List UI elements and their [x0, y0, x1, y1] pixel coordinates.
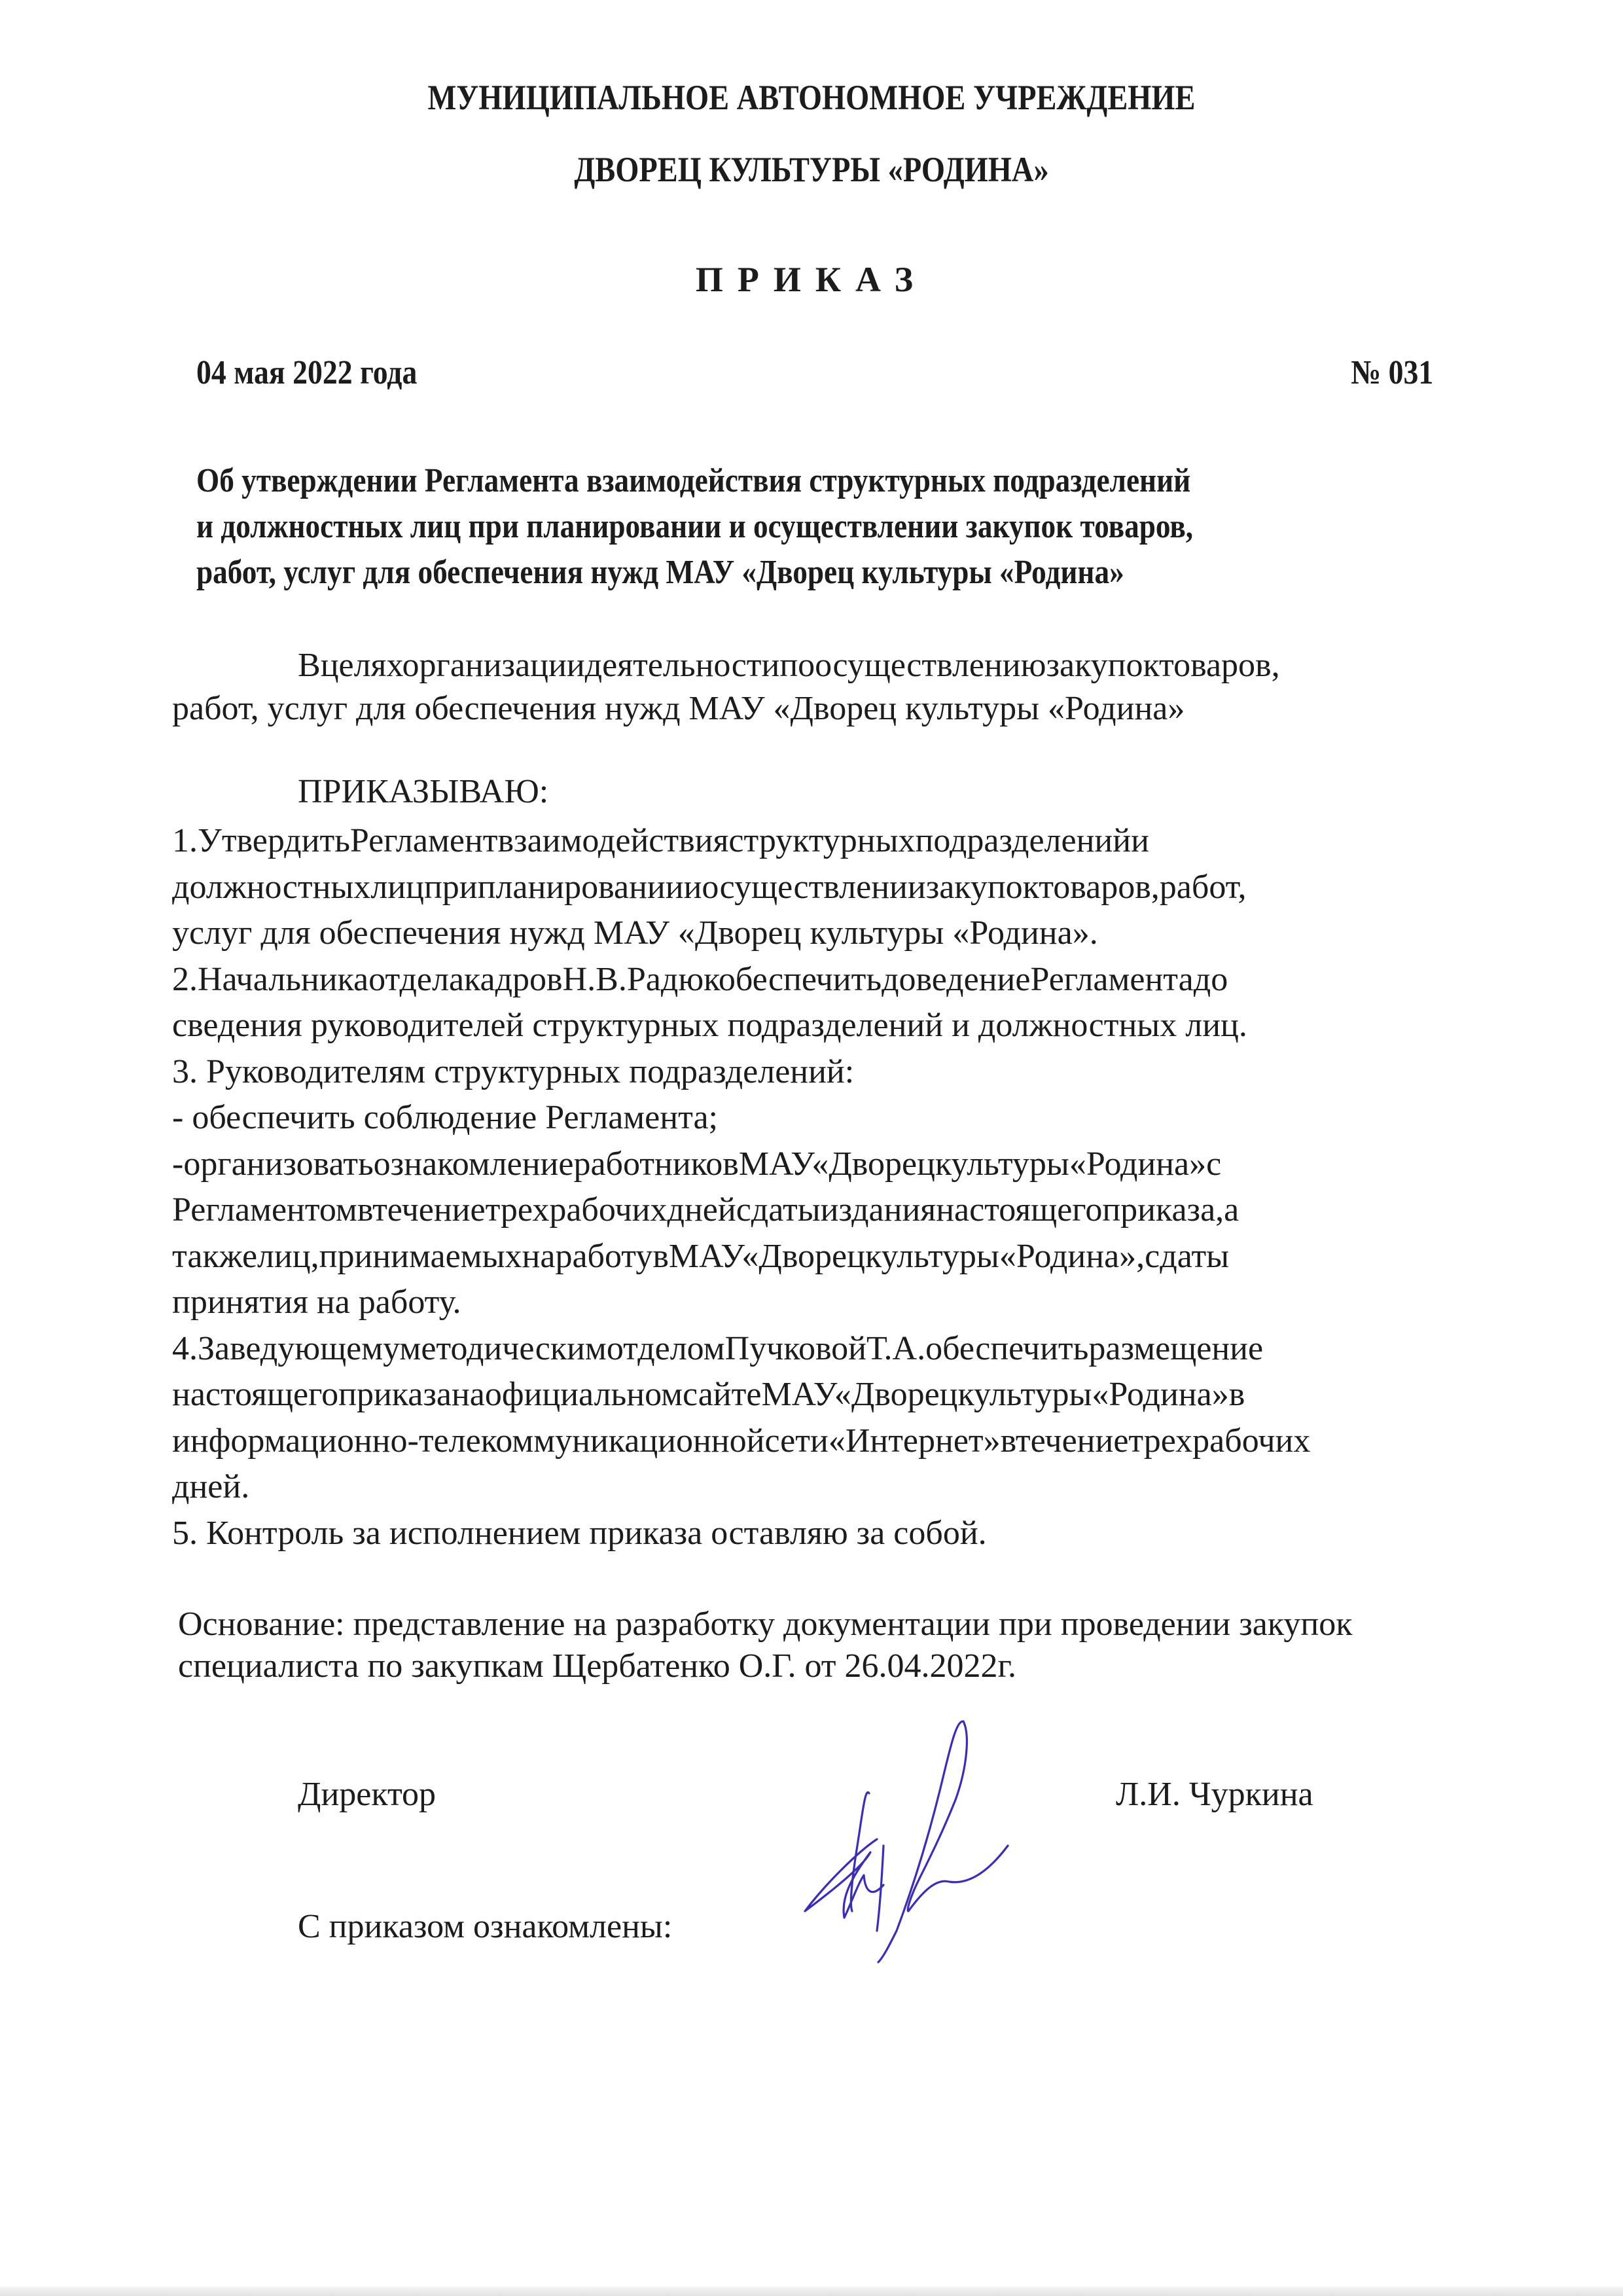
item-line: должностныхлицприпланированиииосуществле… [172, 865, 1540, 911]
word: В [298, 647, 321, 684]
word: рабочих [549, 1191, 667, 1229]
subject-line: и должностных лиц при планировании и осу… [196, 504, 1335, 550]
basis-line: Основание: представление на разработку д… [178, 1604, 1552, 1645]
word: Радюк [627, 961, 719, 998]
word: при [424, 869, 478, 906]
basis-line: специалиста по закупкам Щербатенко О.Г. … [178, 1645, 1552, 1687]
item-line: услуг для обеспечения нужд МАУ «Дворец к… [172, 910, 1540, 957]
word: организовать [183, 1145, 373, 1183]
word: Регламент [350, 822, 498, 859]
word: МАУ [739, 1145, 811, 1183]
word: Регламентом [172, 1191, 357, 1229]
word: Т.А. [866, 1330, 925, 1367]
word: также [172, 1238, 257, 1275]
word: взаимодействия [498, 822, 729, 859]
word: сайте [683, 1376, 761, 1413]
word: на [522, 1238, 556, 1275]
word: Заведующему [198, 1330, 399, 1367]
word: лиц [370, 869, 424, 906]
order-subject: Об утверждении Регламента взаимодействия… [196, 458, 1505, 596]
preamble-line: Вцеляхорганизациидеятельностипоосуществл… [172, 644, 1540, 687]
subject-line: работ, услуг для обеспечения нужд МАУ «Д… [196, 550, 1335, 596]
word: Утвердить [198, 822, 350, 859]
word: «Дворец [741, 1238, 865, 1275]
word: подразделений [916, 822, 1132, 859]
item-line: 4.ЗаведующемуметодическимотделомПучковой… [172, 1326, 1540, 1372]
word: приказа, [1102, 1191, 1224, 1229]
word: отдела [368, 961, 464, 998]
word: «Родина» [1069, 1145, 1206, 1183]
word: ознакомление [374, 1145, 574, 1183]
word: по [779, 647, 815, 684]
word: планировании [478, 869, 684, 906]
word: «Родина» [1092, 1376, 1228, 1413]
preamble-line: работ, услуг для обеспечения нужд МАУ «Д… [172, 687, 1540, 730]
signatory-position: Директор [298, 1775, 436, 1814]
acknowledgement-label: С приказом ознакомлены: [298, 1907, 672, 1946]
word: «Родина», [999, 1238, 1145, 1275]
word: лиц, [257, 1238, 319, 1275]
word: организации [402, 647, 584, 684]
item-line: - обеспечить соблюдение Регламента; [172, 1095, 1540, 1141]
word: «Дворец [834, 1376, 958, 1413]
word: на [452, 1376, 485, 1413]
word: 2. [172, 961, 198, 998]
word: товаров, [1039, 869, 1160, 906]
word: отделом [607, 1330, 725, 1367]
item-line: -организоватьознакомлениеработниковМАУ«Д… [172, 1141, 1540, 1188]
order-items: 1.УтвердитьРегламентвзаимодействияструкт… [172, 818, 1540, 1556]
organization-name-line2: ДВОРЕЦ КУЛЬТУРЫ «РОДИНА» [114, 149, 1510, 190]
word: культуры [935, 1145, 1069, 1183]
item-line: настоящегоприказанаофициальномсайтеМАУ«Д… [172, 1372, 1540, 1418]
word: в [1001, 1422, 1016, 1460]
preamble-paragraph: Вцеляхорганизациидеятельностипоосуществл… [172, 644, 1540, 730]
word: с [1206, 1145, 1221, 1183]
item-line: информационно-телекоммуникационнойсети«И… [172, 1418, 1540, 1465]
item-line: принятия на работу. [172, 1280, 1540, 1326]
word: «Дворец [811, 1145, 935, 1183]
word: МАУ [761, 1376, 834, 1413]
word: до [1194, 961, 1228, 998]
word: товаров, [1159, 647, 1280, 684]
word: сети [764, 1422, 828, 1460]
word: МАУ [669, 1238, 741, 1275]
word: «Интернет» [829, 1422, 1001, 1460]
organization-name-line1: МУНИЦИПАЛЬНОЕ АВТОНОМНОЕ УЧРЕЖДЕНИЕ [114, 77, 1510, 118]
scan-bottom-edge [0, 2287, 1623, 2296]
word: настоящего [936, 1191, 1102, 1229]
word: закупок [926, 869, 1039, 906]
order-date: 04 мая 2022 года [196, 353, 417, 392]
word: в [357, 1191, 372, 1229]
basis-paragraph: Основание: представление на разработку д… [178, 1604, 1552, 1687]
word: работ, [1160, 869, 1247, 906]
word: доведение [882, 961, 1030, 998]
word: деятельности [585, 647, 780, 684]
word: настоящего [172, 1376, 338, 1413]
word: с [736, 1191, 751, 1229]
word: течение [372, 1191, 485, 1229]
word: работу [555, 1238, 652, 1275]
word: течение [1016, 1422, 1128, 1460]
word: культуры [865, 1238, 999, 1275]
word: принимаемых [319, 1238, 522, 1275]
word: Пучковой [725, 1330, 866, 1367]
word: Начальника [198, 961, 368, 998]
word: 4. [172, 1330, 198, 1367]
word: трех [486, 1191, 550, 1229]
word: и [1131, 822, 1149, 859]
order-number: № 031 [1351, 353, 1433, 392]
word: культуры [957, 1376, 1092, 1413]
word: Регламента [1030, 961, 1193, 998]
item-line: сведения руководителей структурных подра… [172, 1003, 1540, 1049]
word: обеспечить [925, 1330, 1088, 1367]
word: официальном [485, 1376, 683, 1413]
word: трех [1128, 1422, 1192, 1460]
handwritten-signature-icon [792, 1715, 1027, 1964]
word: информационно-телекоммуникационной [172, 1422, 764, 1460]
word: осуществлении [702, 869, 925, 906]
document-type-title: ПРИКАЗ [0, 259, 1623, 300]
word: с [1145, 1238, 1160, 1275]
item-line: 1.УтвердитьРегламентвзаимодействияструкт… [172, 818, 1540, 865]
item-line: 5. Контроль за исполнением приказа остав… [172, 1511, 1540, 1557]
item-line: 2.НачальникаотделакадровН.В.Радюкобеспеч… [172, 957, 1540, 1003]
document-page: МУНИЦИПАЛЬНОЕ АВТОНОМНОЕ УЧРЕЖДЕНИЕ ДВОР… [0, 0, 1623, 2296]
item-line: 3. Руководителям структурных подразделен… [172, 1049, 1540, 1096]
word: целях [321, 647, 402, 684]
word: размещение [1088, 1330, 1263, 1367]
word: в [652, 1238, 669, 1275]
order-meta-row: 04 мая 2022 года № 031 [196, 353, 1433, 392]
word: 1. [172, 822, 198, 859]
word: должностных [172, 869, 370, 906]
word: структурных [728, 822, 915, 859]
word: дней [668, 1191, 736, 1229]
word: методическим [399, 1330, 606, 1367]
word: даты [1160, 1238, 1229, 1275]
word: обеспечить [719, 961, 882, 998]
word: - [172, 1145, 183, 1183]
item-line: такжелиц,принимаемыхнаработувМАУ«Дворецк… [172, 1234, 1540, 1280]
command-word: ПРИКАЗЫВАЮ: [298, 772, 548, 811]
word: работников [573, 1145, 738, 1183]
word: закупок [1046, 647, 1159, 684]
word: в [1229, 1376, 1245, 1413]
item-line: Регламентомвтечениетрехрабочихднейсдатыи… [172, 1187, 1540, 1234]
word: и [684, 869, 702, 906]
word: приказа [338, 1376, 452, 1413]
word: издания [821, 1191, 936, 1229]
subject-line: Об утверждении Регламента взаимодействия… [196, 458, 1335, 504]
word: кадров [464, 961, 563, 998]
word: рабочих [1192, 1422, 1310, 1460]
word: даты [751, 1191, 821, 1229]
item-line: дней. [172, 1464, 1540, 1511]
word: а [1224, 1191, 1239, 1229]
word: Н.В. [563, 961, 627, 998]
word: осуществлению [815, 647, 1046, 684]
signatory-name: Л.И. Чуркина [1116, 1775, 1313, 1814]
